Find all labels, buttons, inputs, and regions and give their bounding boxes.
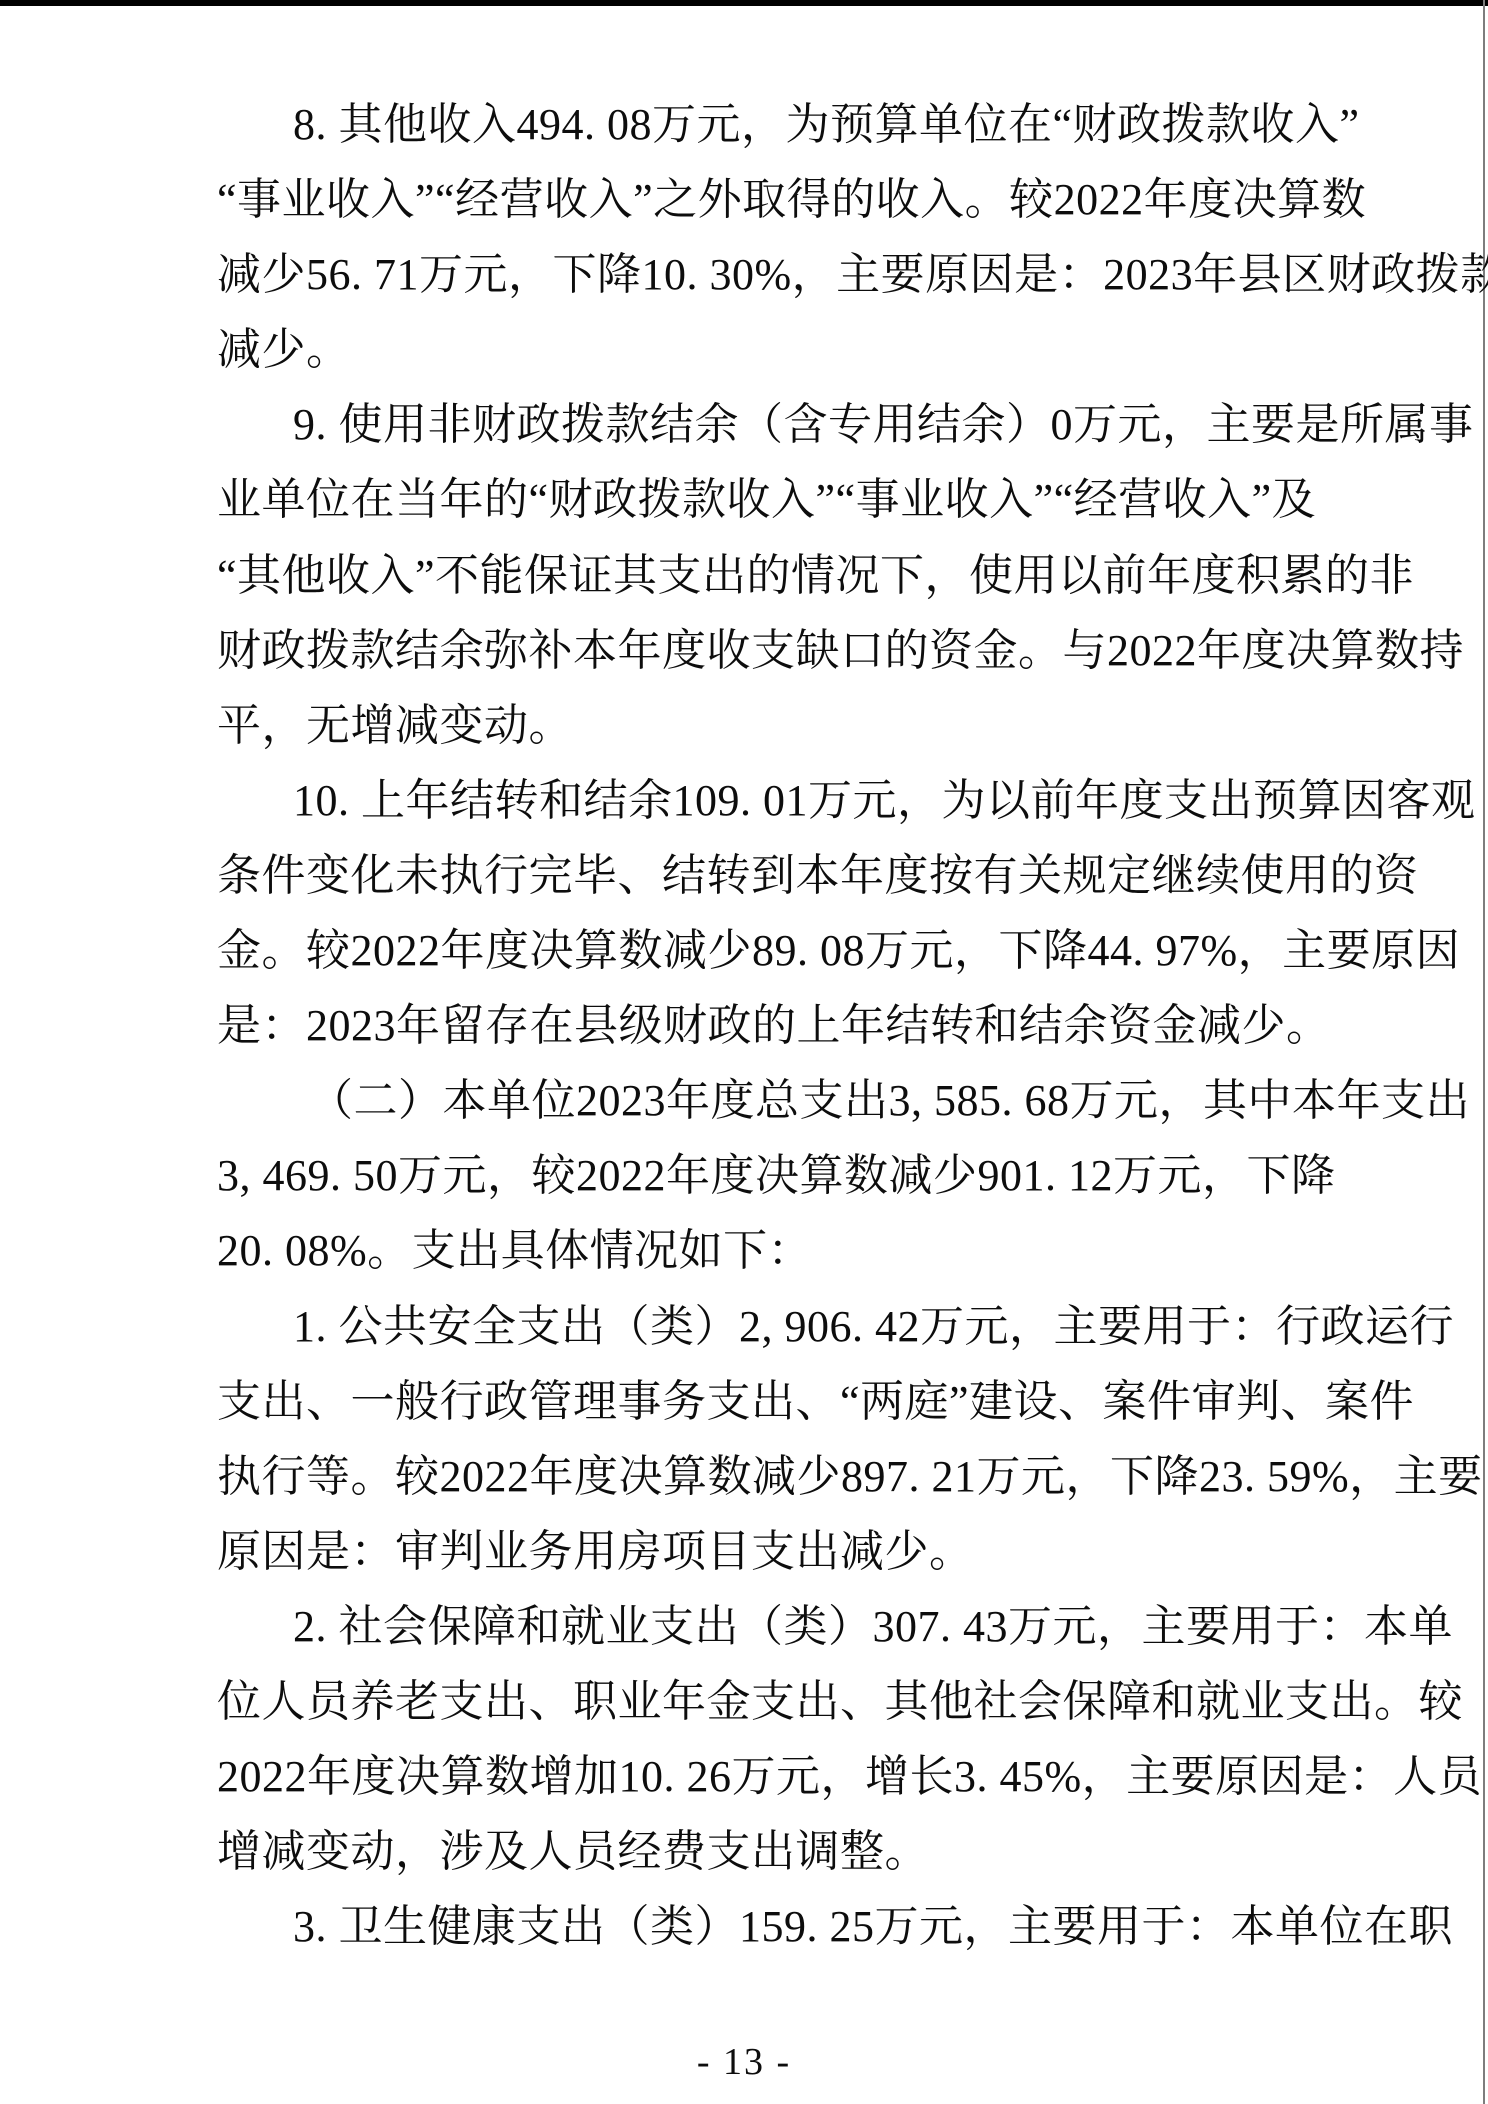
text-line: 10. 上年结转和结余109. 01万元，为以前年度支出预算因客观 [217,763,1377,838]
text-line: 执行等。较2022年度决算数减少897. 21万元，下降23. 59%，主要 [217,1439,1377,1514]
text-line: 减少56. 71万元，下降10. 30%，主要原因是：2023年县区财政拨款 [217,237,1377,312]
text-line: 3. 卫生健康支出（类）159. 25万元，主要用于：本单位在职 [217,1889,1377,1964]
text-line: “其他收入”不能保证其支出的情况下，使用以前年度积累的非 [217,538,1377,613]
text-line: 9. 使用非财政拨款结余（含专用结余）0万元，主要是所属事 [217,387,1377,462]
scan-top-border [0,0,1488,6]
text-line: “事业收入”“经营收入”之外取得的收入。较2022年度决算数 [217,162,1377,237]
body-text: 8. 其他收入494. 08万元，为预算单位在“财政拨款收入”“事业收入”“经营… [217,87,1377,1964]
text-line: 平，无增减变动。 [217,688,1377,763]
text-line: 1. 公共安全支出（类）2, 906. 42万元，主要用于：行政运行 [217,1289,1377,1364]
text-line: （二）本单位2023年度总支出3, 585. 68万元，其中本年支出 [217,1063,1377,1138]
text-line: 条件变化未执行完毕、结转到本年度按有关规定继续使用的资 [217,838,1377,913]
document-page: 8. 其他收入494. 08万元，为预算单位在“财政拨款收入”“事业收入”“经营… [0,0,1488,2104]
text-line: 原因是：审判业务用房项目支出减少。 [217,1514,1377,1589]
text-line: 位人员养老支出、职业年金支出、其他社会保障和就业支出。较 [217,1664,1377,1739]
text-line: 2022年度决算数增加10. 26万元，增长3. 45%，主要原因是：人员 [217,1739,1377,1814]
text-line: 20. 08%。支出具体情况如下： [217,1213,1377,1288]
text-line: 3, 469. 50万元，较2022年度决算数减少901. 12万元，下降 [217,1138,1377,1213]
text-line: 支出、一般行政管理事务支出、“两庭”建设、案件审判、案件 [217,1364,1377,1439]
page-number: - 13 - [0,2040,1488,2084]
text-line: 财政拨款结余弥补本年度收支缺口的资金。与2022年度决算数持 [217,613,1377,688]
text-line: 金。较2022年度决算数减少89. 08万元，下降44. 97%，主要原因 [217,913,1377,988]
text-line: 8. 其他收入494. 08万元，为预算单位在“财政拨款收入” [217,87,1377,162]
text-line: 减少。 [217,312,1377,387]
scan-right-edge-line [1483,0,1485,2104]
text-line: 业单位在当年的“财政拨款收入”“事业收入”“经营收入”及 [217,462,1377,537]
text-line: 2. 社会保障和就业支出（类）307. 43万元，主要用于：本单 [217,1589,1377,1664]
text-line: 增减变动，涉及人员经费支出调整。 [217,1814,1377,1889]
text-line: 是：2023年留存在县级财政的上年结转和结余资金减少。 [217,988,1377,1063]
